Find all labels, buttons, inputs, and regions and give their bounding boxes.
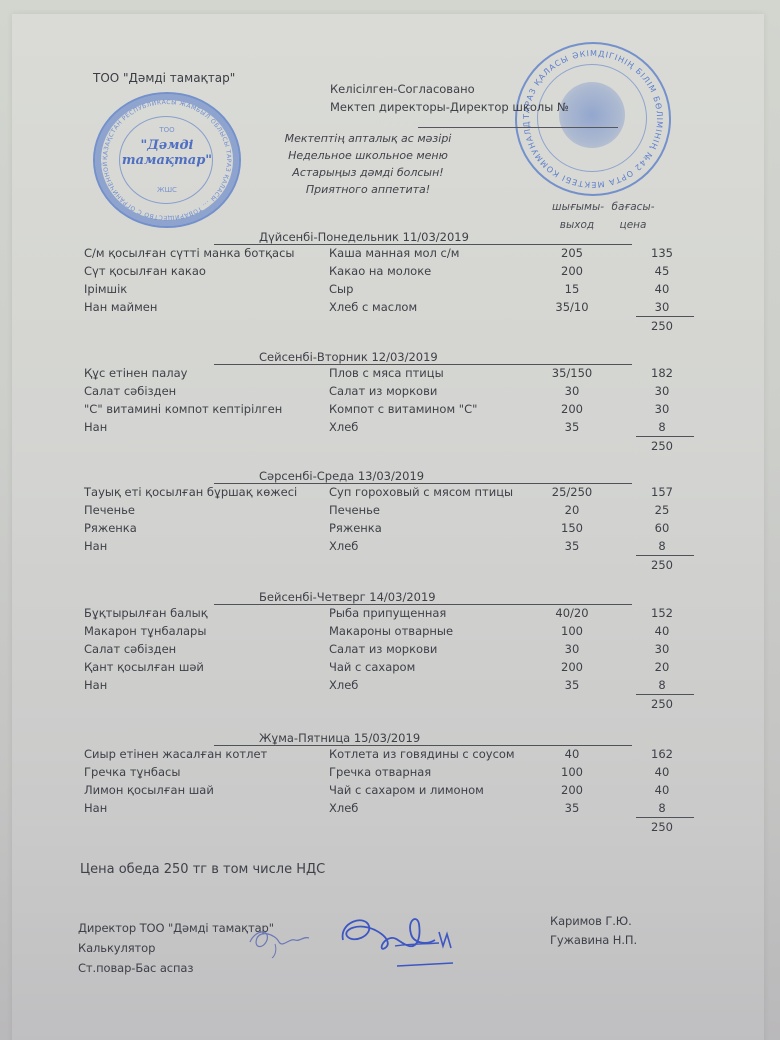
- dish-output: 35/10: [542, 300, 602, 314]
- dish-name-ru: Хлеб: [329, 420, 358, 434]
- dish-name-kz: Бұқтырылған балық: [84, 606, 208, 620]
- dish-price: 152: [640, 606, 684, 620]
- dish-price: 182: [640, 366, 684, 380]
- dish-output: 15: [542, 282, 602, 296]
- menu-item-row: РяженкаРяженка15060: [84, 521, 684, 539]
- dish-price: 162: [640, 747, 684, 761]
- dish-name-ru: Суп гороховый с мясом птицы: [329, 485, 513, 499]
- dish-name-kz: Печенье: [84, 503, 135, 517]
- dish-price: 40: [640, 282, 684, 296]
- menu-item-row: Нан майменХлеб с маслом35/1030: [84, 300, 684, 318]
- dish-name-ru: Компот с витамином "С": [329, 402, 477, 416]
- dish-name-ru: Какао на молоке: [329, 264, 431, 278]
- menu-item-row: "С" витамині компот кептірілгенКомпот с …: [84, 402, 684, 420]
- dish-price: 157: [640, 485, 684, 499]
- menu-item-row: Тауық еті қосылған бұршақ көжесіСуп горо…: [84, 485, 684, 503]
- state-emblem-icon: [559, 82, 625, 148]
- dish-price: 40: [640, 783, 684, 797]
- day-total: 250: [640, 319, 684, 333]
- dish-name-ru: Макароны отварные: [329, 624, 453, 638]
- total-divider: [636, 316, 694, 317]
- price-note: Цена обеда 250 тг в том числе НДС: [80, 862, 325, 877]
- total-divider: [636, 555, 694, 556]
- day-total: 250: [640, 697, 684, 711]
- dish-name-kz: Сүт қосылған какао: [84, 264, 206, 278]
- school-director-label: Мектеп директоры-Директор школы №: [330, 100, 569, 114]
- stamp-top-text: ТОО: [95, 126, 239, 134]
- day-divider: [214, 483, 632, 484]
- signature-scribble: [335, 910, 465, 970]
- dish-name-kz: Құс етінен палау: [84, 366, 187, 380]
- dish-output: 20: [542, 503, 602, 517]
- dish-price: 30: [640, 642, 684, 656]
- day-divider: [214, 244, 632, 245]
- dish-name-ru: Сыр: [329, 282, 353, 296]
- dish-price: 45: [640, 264, 684, 278]
- dish-name-ru: Плов с мяса птицы: [329, 366, 444, 380]
- day-divider: [214, 745, 632, 746]
- dish-name-kz: Сиыр етінен жасалған котлет: [84, 747, 267, 761]
- dish-output: 25/250: [542, 485, 602, 499]
- organization-name: ТОО "Дәмді тамақтар": [93, 71, 235, 85]
- dish-name-kz: Нан: [84, 678, 107, 692]
- dish-name-kz: Салат сәбізден: [84, 642, 176, 656]
- day-title-text: Дүйсенбі-Понедельник 11/03/2019: [259, 230, 469, 244]
- menu-item-row: НанХлеб358: [84, 420, 684, 438]
- dish-name-kz: Қант қосылған шәй: [84, 660, 204, 674]
- company-stamp: ҚАЗАҚСТАН РЕСПУБЛИКАСЫ ЖАМБЫЛ ОБЛЫСЫ ТАР…: [93, 92, 241, 228]
- dish-output: 40: [542, 747, 602, 761]
- dish-name-kz: С/м қосылған сүтті манка ботқасы: [84, 246, 294, 260]
- signature-line: [418, 127, 618, 128]
- signature-scribble: [245, 920, 315, 960]
- stamp-bottom-text: ЖШС: [95, 186, 239, 194]
- dish-output: 200: [542, 402, 602, 416]
- dish-name-ru: Ряженка: [329, 521, 382, 535]
- dish-price: 8: [640, 801, 684, 815]
- dish-name-kz: Ряженка: [84, 521, 137, 535]
- total-divider: [636, 694, 694, 695]
- dish-output: 35: [542, 539, 602, 553]
- total-divider: [636, 817, 694, 818]
- dish-name-ru: Печенье: [329, 503, 380, 517]
- menu-item-row: ІрімшікСыр1540: [84, 282, 684, 300]
- day-total: 250: [640, 820, 684, 834]
- menu-item-row: Құс етінен палауПлов с мяса птицы35/1501…: [84, 366, 684, 384]
- dish-price: 30: [640, 384, 684, 398]
- dish-price: 30: [640, 402, 684, 416]
- dish-price: 40: [640, 765, 684, 779]
- dish-name-kz: "С" витамині компот кептірілген: [84, 402, 282, 416]
- dish-output: 200: [542, 660, 602, 674]
- dish-name-ru: Хлеб с маслом: [329, 300, 417, 314]
- menu-title: Мектептің апталық ас мәзірі Недельное шк…: [268, 130, 468, 198]
- dish-output: 35: [542, 678, 602, 692]
- total-divider: [636, 436, 694, 437]
- dish-price: 8: [640, 539, 684, 553]
- dish-price: 8: [640, 678, 684, 692]
- dish-output: 35: [542, 420, 602, 434]
- menu-item-row: НанХлеб358: [84, 539, 684, 557]
- dish-output: 205: [542, 246, 602, 260]
- dish-name-kz: Нан: [84, 539, 107, 553]
- dish-output: 200: [542, 783, 602, 797]
- dish-name-kz: Тауық еті қосылған бұршақ көжесі: [84, 485, 297, 499]
- signatory-role: Ст.повар-Бас аспаз: [78, 961, 193, 975]
- day-divider: [214, 364, 632, 365]
- day-total: 250: [640, 558, 684, 572]
- dish-output: 150: [542, 521, 602, 535]
- dish-price: 8: [640, 420, 684, 434]
- dish-name-ru: Хлеб: [329, 539, 358, 553]
- menu-item-row: Макарон тұнбаларыМакароны отварные10040: [84, 624, 684, 642]
- dish-output: 100: [542, 624, 602, 638]
- menu-item-row: Салат сәбізденСалат из моркови3030: [84, 384, 684, 402]
- dish-output: 30: [542, 384, 602, 398]
- menu-item-row: Сүт қосылған какаоКакао на молоке20045: [84, 264, 684, 282]
- day-divider: [214, 604, 632, 605]
- signatory-name: Каримов Г.Ю.: [550, 914, 632, 928]
- menu-item-row: Салат сәбізденСалат из моркови3030: [84, 642, 684, 660]
- day-title-text: Сейсенбі-Вторник 12/03/2019: [259, 350, 438, 364]
- dish-name-ru: Каша манная мол с/м: [329, 246, 459, 260]
- signatory-role: Калькулятор: [78, 941, 155, 955]
- dish-price: 20: [640, 660, 684, 674]
- dish-output: 100: [542, 765, 602, 779]
- menu-item-row: С/м қосылған сүтті манка ботқасыКаша ман…: [84, 246, 684, 264]
- dish-name-ru: Котлета из говядины с соусом: [329, 747, 515, 761]
- dish-name-ru: Чай с сахаром и лимоном: [329, 783, 484, 797]
- dish-name-ru: Гречка отварная: [329, 765, 431, 779]
- dish-name-kz: Нан: [84, 801, 107, 815]
- dish-output: 30: [542, 642, 602, 656]
- dish-name-kz: Лимон қосылған шай: [84, 783, 214, 797]
- dish-output: 35/150: [542, 366, 602, 380]
- signatory-name: Гужавина Н.П.: [550, 933, 637, 947]
- dish-price: 60: [640, 521, 684, 535]
- menu-item-row: Лимон қосылған шайЧай с сахаром и лимоно…: [84, 783, 684, 801]
- dish-name-kz: Салат сәбізден: [84, 384, 176, 398]
- dish-name-ru: Хлеб: [329, 801, 358, 815]
- dish-name-kz: Ірімшік: [84, 282, 127, 296]
- day-total: 250: [640, 439, 684, 453]
- day-title-text: Жұма-Пятница 15/03/2019: [259, 731, 420, 745]
- dish-name-kz: Макарон тұнбалары: [84, 624, 206, 638]
- dish-name-ru: Чай с сахаром: [329, 660, 415, 674]
- dish-name-kz: Гречка тұнбасы: [84, 765, 180, 779]
- menu-item-row: НанХлеб358: [84, 678, 684, 696]
- dish-output: 200: [542, 264, 602, 278]
- dish-output: 40/20: [542, 606, 602, 620]
- school-stamp: ТАРАЗ ҚАЛАСЫ ӘКІМДІГІНІҢ БІЛІМ БӨЛІМІНІҢ…: [515, 42, 671, 196]
- day-title-text: Бейсенбі-Четверг 14/03/2019: [259, 590, 436, 604]
- menu-item-row: НанХлеб358: [84, 801, 684, 819]
- dish-name-kz: Нан маймен: [84, 300, 157, 314]
- dish-name-kz: Нан: [84, 420, 107, 434]
- dish-price: 135: [640, 246, 684, 260]
- dish-name-ru: Рыба припущенная: [329, 606, 446, 620]
- dish-name-ru: Хлеб: [329, 678, 358, 692]
- day-title-text: Сәрсенбі-Среда 13/03/2019: [259, 469, 424, 483]
- menu-item-row: Қант қосылған шәйЧай с сахаром20020: [84, 660, 684, 678]
- agreed-label: Келісілген-Согласовано: [330, 82, 475, 96]
- menu-item-row: Гречка тұнбасыГречка отварная10040: [84, 765, 684, 783]
- column-header-price: бағасы- цена: [610, 198, 656, 234]
- menu-item-row: Бұқтырылған балықРыба припущенная40/2015…: [84, 606, 684, 624]
- menu-item-row: ПеченьеПеченье2025: [84, 503, 684, 521]
- dish-name-ru: Салат из моркови: [329, 642, 437, 656]
- menu-item-row: Сиыр етінен жасалған котлетКотлета из го…: [84, 747, 684, 765]
- dish-price: 30: [640, 300, 684, 314]
- dish-output: 35: [542, 801, 602, 815]
- dish-price: 40: [640, 624, 684, 638]
- dish-name-ru: Салат из моркови: [329, 384, 437, 398]
- column-header-output: шығымы- выход: [552, 198, 602, 234]
- stamp-company-name: "Дәмді тамақтар": [95, 138, 239, 168]
- dish-price: 25: [640, 503, 684, 517]
